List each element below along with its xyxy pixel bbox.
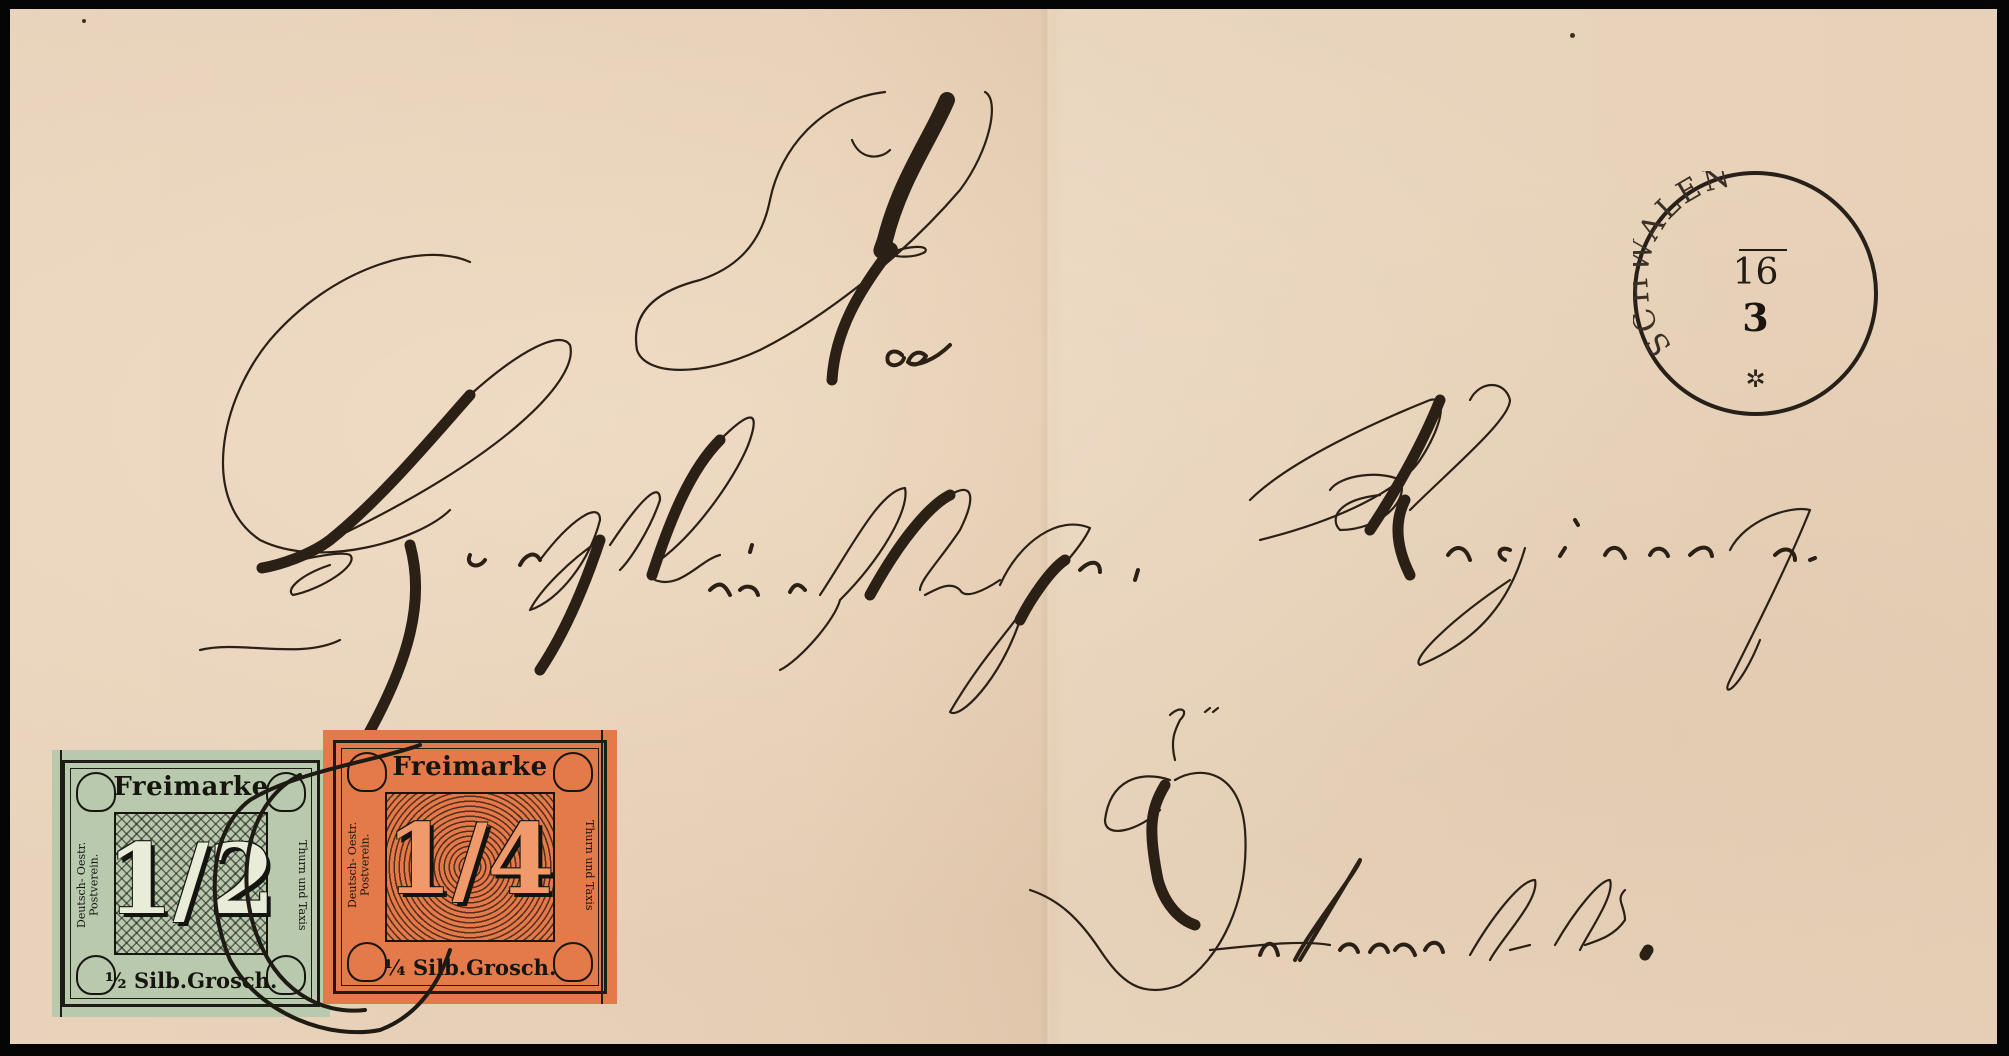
postmark-month: 3: [1633, 299, 1878, 337]
star-ornament-icon: ✲: [1633, 367, 1878, 391]
postmark: SCHWALEN 16 3 ✲: [1633, 171, 1878, 416]
postmark-day: 16: [1633, 255, 1878, 291]
stamp-cancellation: [0, 0, 2009, 1056]
postmark-date-bar: [1739, 249, 1787, 251]
